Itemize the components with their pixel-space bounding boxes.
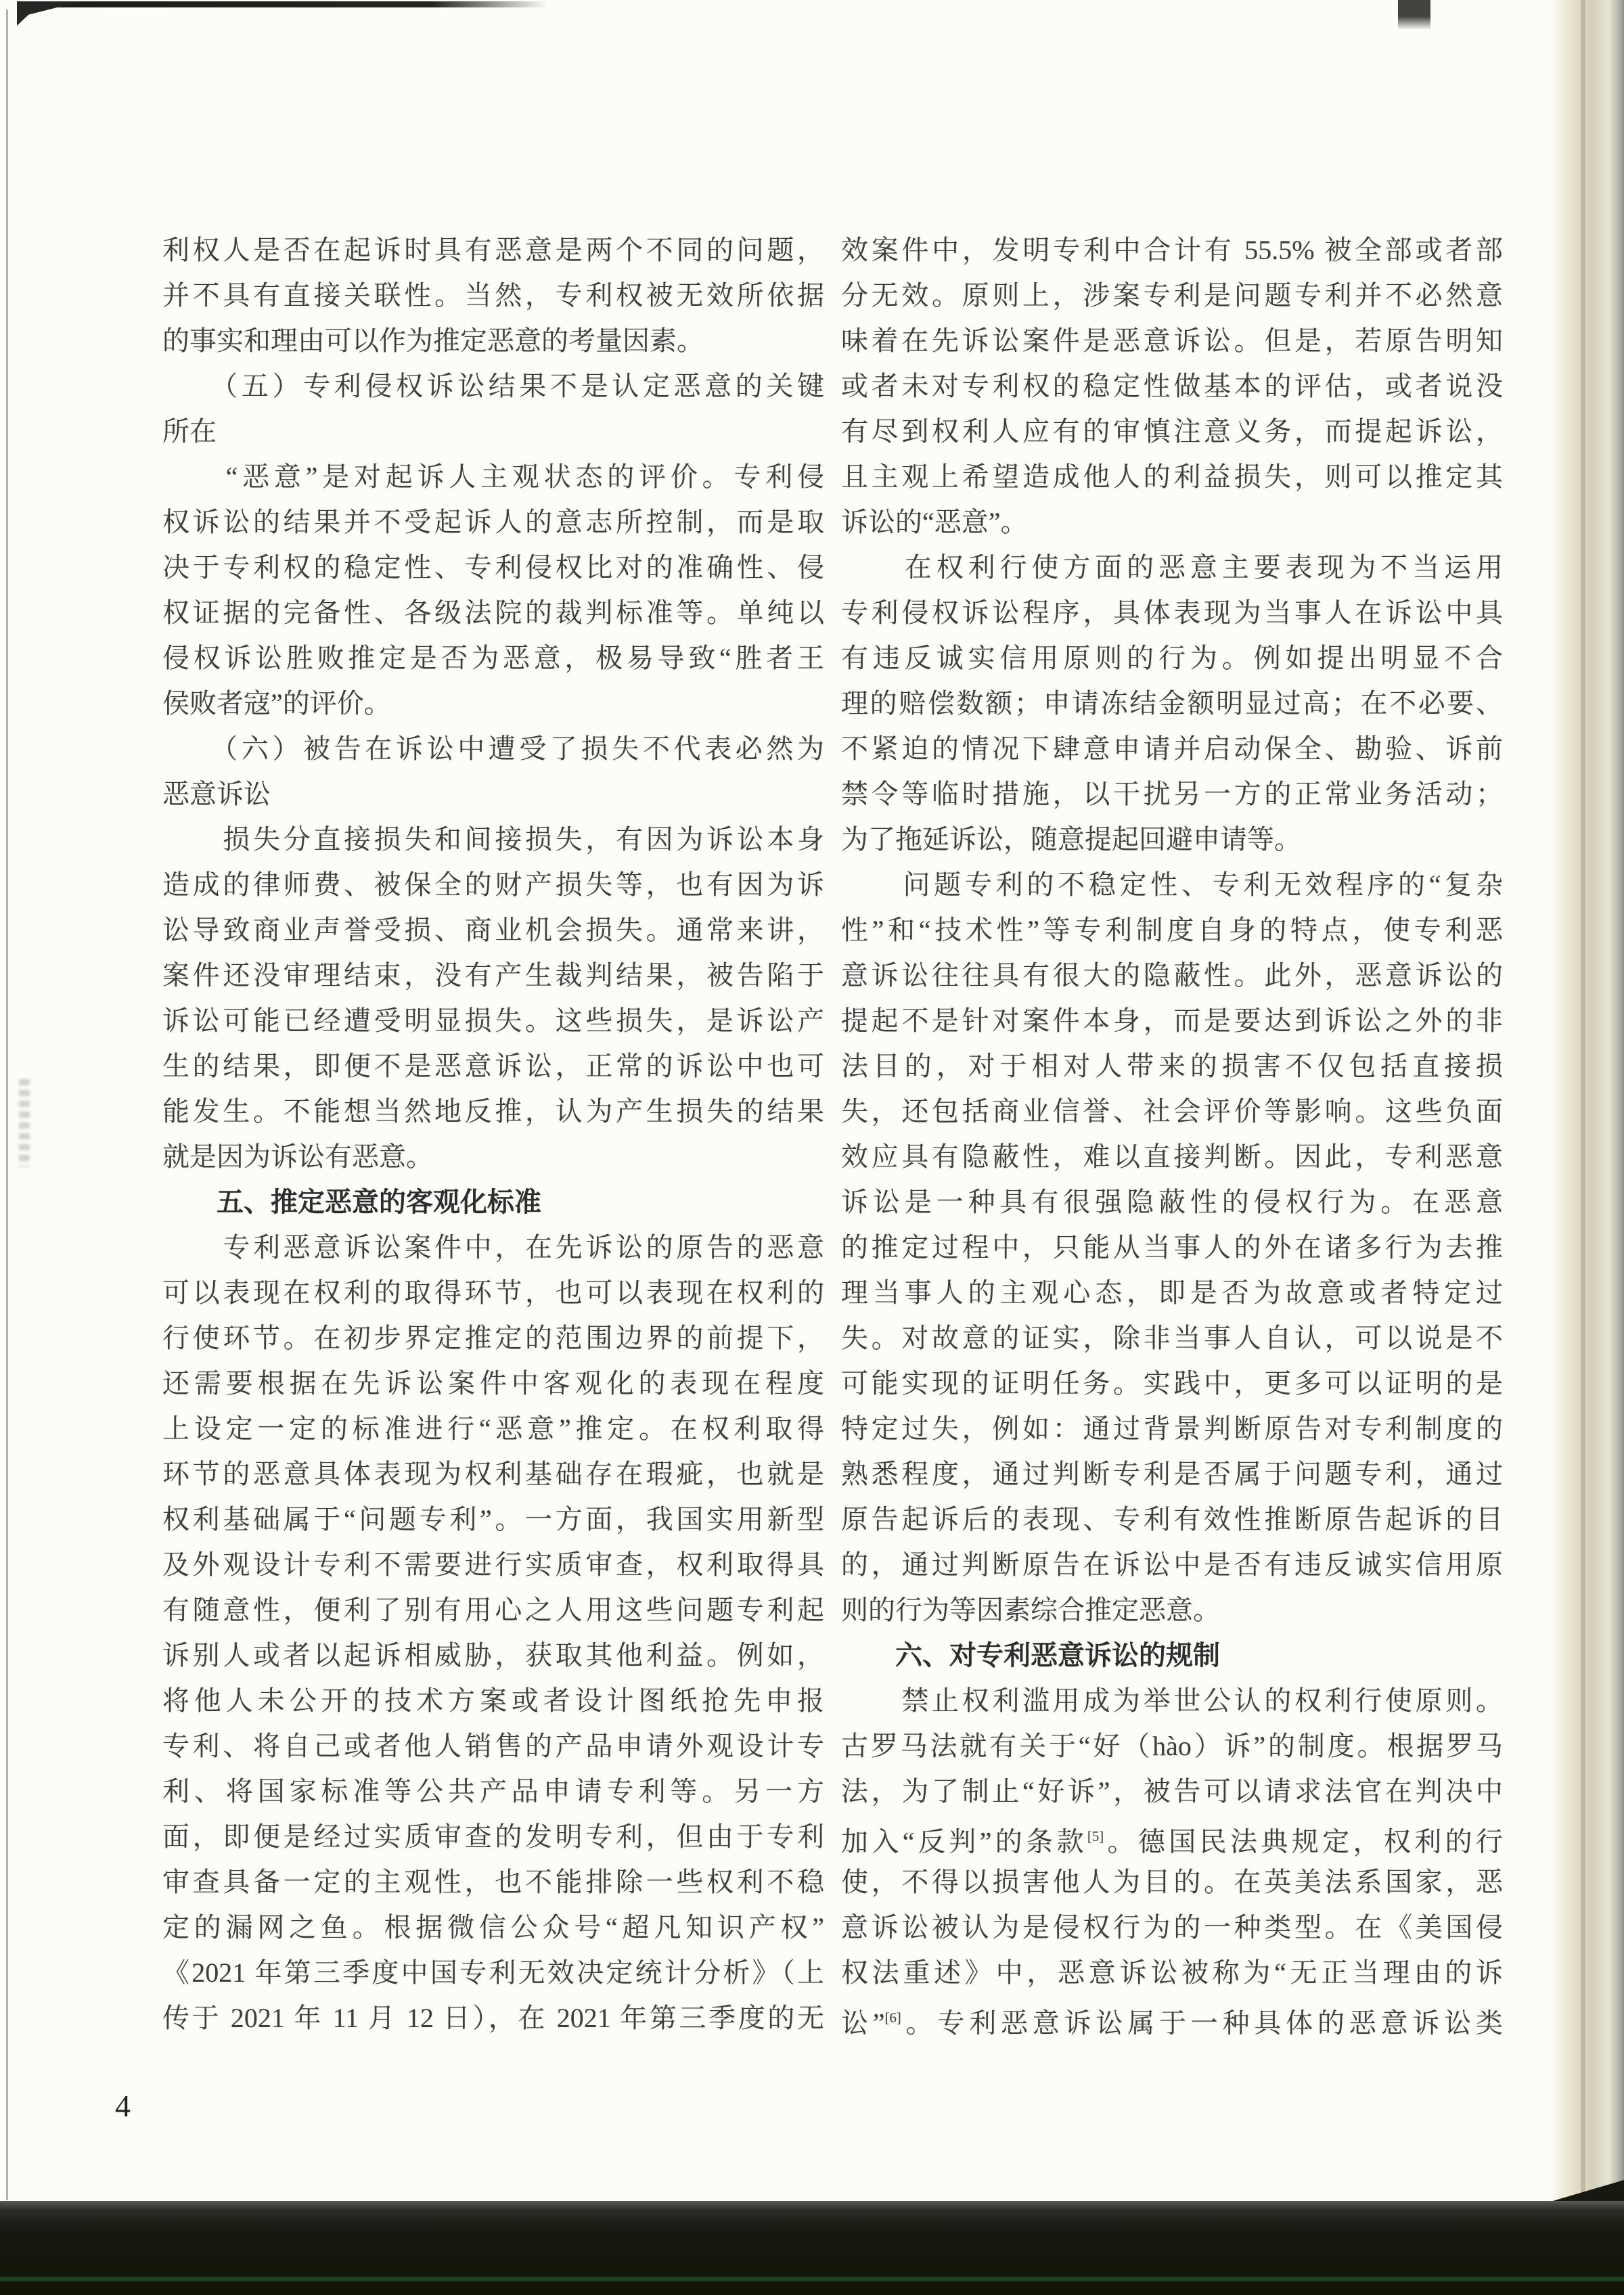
footnote-ref: [6] [885, 2010, 901, 2026]
section-heading: 五、推定恶意的客观化标准 [162, 1179, 824, 1225]
text-line: 问题专利的不稳定性、专利无效程序的“复杂 [841, 862, 1503, 907]
section-heading: 六、对专利恶意诉讼的规制 [841, 1633, 1503, 1678]
text-line: 诉讼可能已经遭受明显损失。这些损失，是诉讼产 [162, 998, 824, 1043]
text-line: 恶意诉讼 [162, 771, 824, 817]
text-line: 提起不是针对案件本身，而是要达到诉讼之外的非 [841, 998, 1503, 1043]
text-line: 的推定过程中，只能从当事人的外在诸多行为去推 [841, 1225, 1503, 1270]
text-line: 面，即便是经过实质审查的发明专利，但由于专利 [162, 1814, 824, 1859]
text-line: 决于专利权的稳定性、专利侵权比对的准确性、侵 [162, 545, 824, 590]
book-page-edge-streak [1581, 0, 1585, 2203]
text-line: 意诉讼往往具有很大的隐蔽性。此外，恶意诉讼的 [841, 953, 1503, 998]
text-line: 行使环节。在初步界定推定的范围边界的前提下， [162, 1315, 824, 1361]
text-column-right: 效案件中，发明专利中合计有 55.5% 被全部或者部分无效。原则上，涉案专利是问… [841, 227, 1503, 2041]
text-line: 为了拖延诉讼，随意提起回避申请等。 [841, 817, 1503, 862]
text-line: 将他人未公开的技术方案或者设计图纸抢先申报 [162, 1678, 824, 1723]
text-line: 则的行为等因素综合推定恶意。 [841, 1587, 1503, 1633]
text-line: 权诉讼的结果并不受起诉人的意志所控制，而是取 [162, 499, 824, 545]
text-line: 诉讼是一种具有很强隐蔽性的侵权行为。在恶意 [841, 1179, 1503, 1225]
text-line: 的事实和理由可以作为推定恶意的考量因素。 [162, 318, 824, 363]
text-line: 在权利行使方面的恶意主要表现为不当运用 [841, 545, 1503, 590]
text-line: 诉别人或者以起诉相威胁，获取其他利益。例如， [162, 1633, 824, 1678]
text-line: 诉讼的“恶意”。 [841, 499, 1503, 545]
scan-edge-bottom-green-line [0, 2277, 1624, 2281]
text-line: 分无效。原则上，涉案专利是问题专利并不必然意 [841, 273, 1503, 318]
text-line: 可以表现在权利的取得环节，也可以表现在权利的 [162, 1270, 824, 1315]
text-line: 损失分直接损失和间接损失，有因为诉讼本身 [162, 817, 824, 862]
text-line: 权证据的完备性、各级法院的裁判标准等。单纯以 [162, 590, 824, 635]
text-line: 环节的恶意具体表现为权利基础存在瑕疵，也就是 [162, 1451, 824, 1497]
book-page-edge-band [1551, 0, 1624, 2203]
text-line: 法目的，对于相对人带来的损害不仅包括直接损 [841, 1043, 1503, 1089]
text-line: 禁止权利滥用成为举世公认的权利行使原则。 [841, 1678, 1503, 1723]
text-line: 的，通过判断原告在诉讼中是否有违反诚实信用原 [841, 1542, 1503, 1587]
text-line: 上设定一定的标准进行“恶意”推定。在权利取得 [162, 1406, 824, 1451]
text-line: 有随意性，便利了别有用心之人用这些问题专利起 [162, 1587, 824, 1633]
text-column-left: 利权人是否在起诉时具有恶意是两个不同的问题，并不具有直接关联性。当然，专利权被无… [162, 227, 824, 2041]
text-line: 侯败者寇”的评价。 [162, 681, 824, 726]
scan-edge-top [17, 1, 548, 7]
text-line: 讼导致商业声誉受损、商业机会损失。通常来讲， [162, 907, 824, 953]
text-line: 效应具有隐蔽性，难以直接判断。因此，专利恶意 [841, 1134, 1503, 1179]
text-line: 特定过失，例如：通过背景判断原告对专利制度的 [841, 1406, 1503, 1451]
text-line: 意诉讼被认为是侵权行为的一种类型。在《美国侵 [841, 1905, 1503, 1950]
text-line: 《2021 年第三季度中国专利无效决定统计分析》（上 [162, 1950, 824, 1995]
text-line: 专利恶意诉讼案件中，在先诉讼的原告的恶意 [162, 1225, 824, 1270]
text-line: 使，不得以损害他人为目的。在英美法系国家，恶 [841, 1859, 1503, 1905]
text-line: 理的赔偿数额；申请冻结金额明显过高；在不必要、 [841, 681, 1503, 726]
text-line: 讼”[6]。专利恶意诉讼属于一种具体的恶意诉讼类 [841, 1995, 1503, 2041]
text-line: 或者未对专利权的稳定性做基本的评估，或者说没 [841, 363, 1503, 409]
text-line: （五）专利侵权诉讼结果不是认定恶意的关键 [162, 363, 824, 409]
text-line: 禁令等临时措施，以干扰另一方的正常业务活动； [841, 771, 1503, 817]
text-line: 性”和“技术性”等专利制度自身的特点，使专利恶 [841, 907, 1503, 953]
text-line: 权利基础属于“问题专利”。一方面，我国实用新型 [162, 1497, 824, 1542]
text-line: 权法重述》中，恶意诉讼被称为“无正当理由的诉 [841, 1950, 1503, 1995]
scanned-journal-page: 利权人是否在起诉时具有恶意是两个不同的问题，并不具有直接关联性。当然，专利权被无… [0, 0, 1624, 2295]
page-number: 4 [115, 2088, 131, 2124]
text-line: 能发生。不能想当然地反推，认为产生损失的结果 [162, 1089, 824, 1134]
text-line: 专利侵权诉讼程序，具体表现为当事人在诉讼中具 [841, 590, 1503, 635]
text-line: 熟悉程度，通过判断专利是否属于问题专利，通过 [841, 1451, 1503, 1497]
text-line: 古罗马法就有关于“好（hào）诉”的制度。根据罗马 [841, 1723, 1503, 1769]
text-line: 可能实现的证明任务。实践中，更多可以证明的是 [841, 1361, 1503, 1406]
text-line: 案件还没审理结束，没有产生裁判结果，被告陷于 [162, 953, 824, 998]
text-line: 并不具有直接关联性。当然，专利权被无效所依据 [162, 273, 824, 318]
text-line: 利权人是否在起诉时具有恶意是两个不同的问题， [162, 227, 824, 273]
scan-mark-top-right [1398, 0, 1430, 30]
text-line: 失。对故意的证实，除非当事人自认，可以说是不 [841, 1315, 1503, 1361]
text-line: 法，为了制止“好诉”，被告可以请求法官在判决中 [841, 1769, 1503, 1814]
footnote-ref: [5] [1087, 1829, 1104, 1844]
text-line: 味着在先诉讼案件是恶意诉讼。但是，若原告明知 [841, 318, 1503, 363]
text-line: 及外观设计专利不需要进行实质审查，权利取得具 [162, 1542, 824, 1587]
text-line: 失，还包括商业信誉、社会评价等影响。这些负面 [841, 1089, 1503, 1134]
text-line: 侵权诉讼胜败推定是否为恶意，极易导致“胜者王 [162, 635, 824, 681]
text-line: 利、将国家标准等公共产品申请专利等。另一方 [162, 1769, 824, 1814]
text-line: 还需要根据在先诉讼案件中客观化的表现在程度 [162, 1361, 824, 1406]
text-line: 造成的律师费、被保全的财产损失等，也有因为诉 [162, 862, 824, 907]
text-line: 所在 [162, 409, 824, 454]
text-line: 不紧迫的情况下肆意申请并启动保全、勘验、诉前 [841, 726, 1503, 771]
text-line: 且主观上希望造成他人的利益损失，则可以推定其 [841, 454, 1503, 499]
text-line: 生的结果，即便不是恶意诉讼，正常的诉讼中也可 [162, 1043, 824, 1089]
text-line: 有尽到权利人应有的审慎注意义务，而提起诉讼， [841, 409, 1503, 454]
text-line: 传于 2021 年 11 月 12 日），在 2021 年第三季度的无 [162, 1995, 824, 2041]
text-line: 就是因为诉讼有恶意。 [162, 1134, 824, 1179]
text-line: 专利、将自己或者他人销售的产品申请外观设计专 [162, 1723, 824, 1769]
text-line: 审查具备一定的主观性，也不能排除一些权利不稳 [162, 1859, 824, 1905]
text-line: 效案件中，发明专利中合计有 55.5% 被全部或者部 [841, 227, 1503, 273]
text-line: 原告起诉后的表现、专利有效性推断原告起诉的目 [841, 1497, 1503, 1542]
text-line: 定的漏网之鱼。根据微信公众号“超凡知识产权” [162, 1905, 824, 1950]
scan-edge-left-line [6, 9, 8, 2200]
text-line: （六）被告在诉讼中遭受了损失不代表必然为 [162, 726, 824, 771]
text-line: “恶意”是对起诉人主观状态的评价。专利侵 [162, 454, 824, 499]
text-line: 有违反诚实信用原则的行为。例如提出明显不合 [841, 635, 1503, 681]
scan-smudge [19, 1079, 30, 1167]
text-line: 理当事人的主观心态，即是否为故意或者特定过 [841, 1270, 1503, 1315]
text-line: 加入“反判”的条款[5]。德国民法典规定，权利的行 [841, 1814, 1503, 1859]
